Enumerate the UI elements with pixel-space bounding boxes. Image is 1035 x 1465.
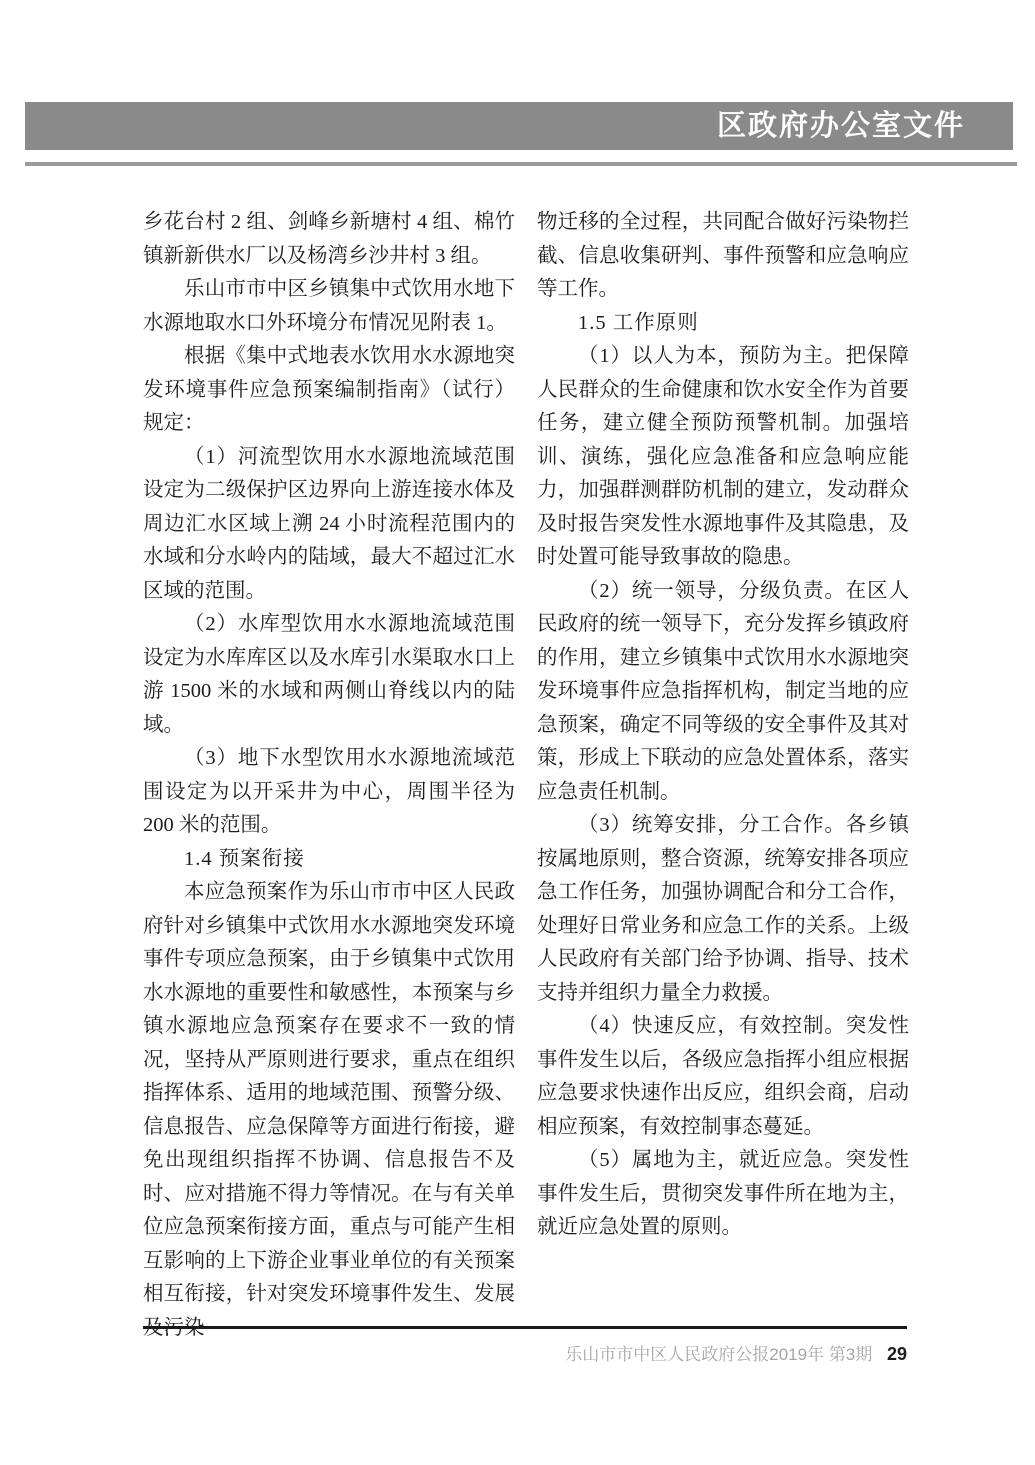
paragraph: （1）以人为本，预防为主。把保障人民群众的生命健康和饮水安全作为首要任务，建立健… [537,340,909,575]
text-column-left: 乡花台村 2 组、剑峰乡新塘村 4 组、棉竹镇新新供水厂以及杨湾乡沙井村 3 组… [143,206,515,1345]
section-heading: 1.4 预案衔接 [143,843,515,877]
footer-divider-rule [143,1326,907,1329]
header-divider-rule [25,162,1017,166]
section-heading: 1.5 工作原则 [537,307,909,341]
paragraph: 乡花台村 2 组、剑峰乡新塘村 4 组、棉竹镇新新供水厂以及杨湾乡沙井村 3 组… [143,206,515,273]
paragraph: 根据《集中式地表水饮用水水源地突发环境事件应急预案编制指南》（试行）规定： [143,340,515,441]
paragraph: （3）地下水型饮用水水源地流域范围设定为以开采井为中心，周围半径为 200 米的… [143,742,515,843]
text-column-right: 物迁移的全过程，共同配合做好污染物拦截、信息收集研判、事件预警和应急响应等工作。… [537,206,909,1245]
banner-title: 区政府办公室文件 [717,102,1013,150]
document-page: 区政府办公室文件 乡花台村 2 组、剑峰乡新塘村 4 组、棉竹镇新新供水厂以及杨… [0,0,1035,1465]
footer-page-number: 29 [887,1344,907,1364]
paragraph: （2）水库型饮用水水源地流域范围设定为水库库区以及水库引水渠取水口上游 1500… [143,608,515,742]
paragraph: （1）河流型饮用水水源地流域范围设定为二级保护区边界向上游连接水体及周边汇水区域… [143,441,515,609]
paragraph: （2）统一领导，分级负责。在区人民政府的统一领导下，充分发挥乡镇政府的作用，建立… [537,575,909,810]
paragraph: 物迁移的全过程，共同配合做好污染物拦截、信息收集研判、事件预警和应急响应等工作。 [537,206,909,307]
paragraph: （4）快速反应，有效控制。突发性事件发生以后，各级应急指挥小组应根据应急要求快速… [537,1010,909,1144]
paragraph: （3）统筹安排，分工合作。各乡镇按属地原则，整合资源，统筹安排各项应急工作任务，… [537,809,909,1010]
paragraph: 本应急预案作为乐山市市中区人民政府针对乡镇集中式饮用水水源地突发环境事件专项应急… [143,876,515,1345]
paragraph: （5）属地为主，就近应急。突发性事件发生后，贯彻突发事件所在地为主，就近应急处置… [537,1144,909,1245]
footer: 乐山市市中区人民政府公报2019年 第3期 29 [565,1340,907,1365]
header-banner: 区政府办公室文件 [25,102,1013,150]
paragraph: 乐山市市中区乡镇集中式饮用水地下水源地取水口外环境分布情况见附表 1。 [143,273,515,340]
footer-journal-text: 乐山市市中区人民政府公报2019年 第3期 [565,1345,872,1364]
